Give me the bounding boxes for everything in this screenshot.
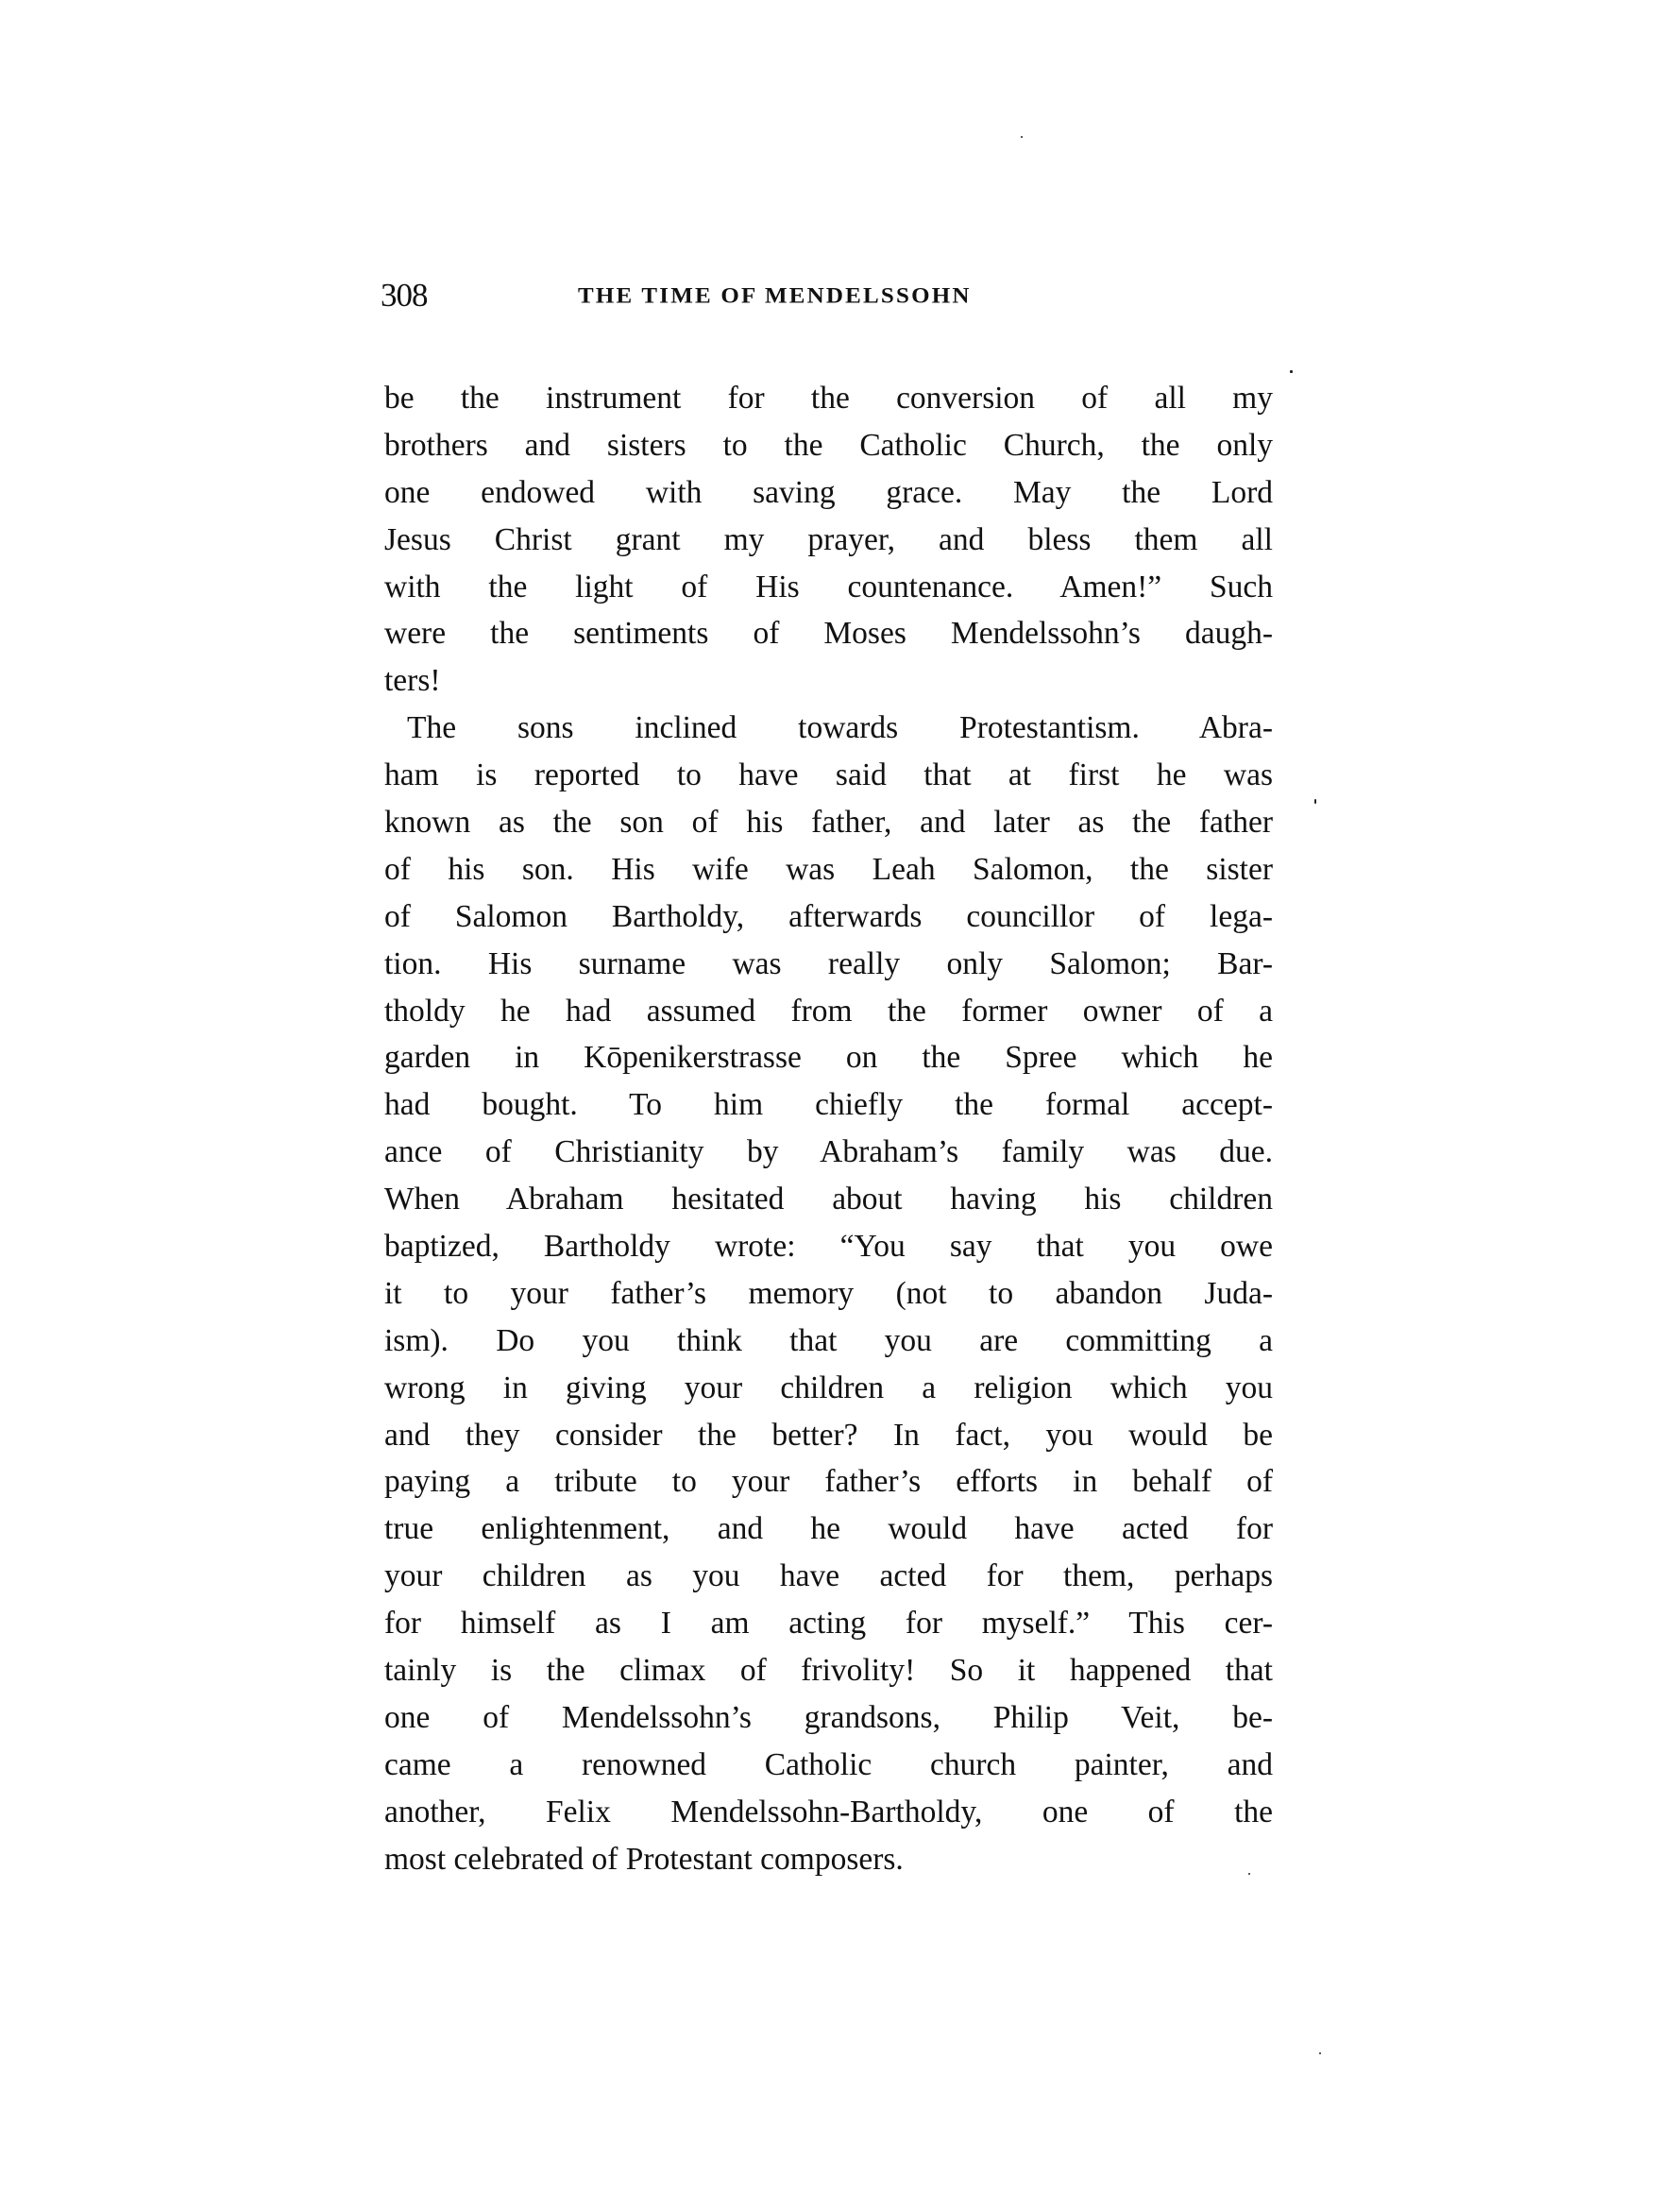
text-line: known as the son of his father, and late…	[384, 799, 1273, 846]
text-line: When Abraham hesitated about having his …	[384, 1176, 1273, 1223]
scan-speck	[1290, 370, 1293, 373]
text-line: tholdy he had assumed from the former ow…	[384, 988, 1273, 1035]
text-line: ham is reported to have said that at fir…	[384, 752, 1273, 799]
text-line: for himself as I am acting for myself.” …	[384, 1600, 1273, 1647]
text-line: paying a tribute to your father’s effort…	[384, 1458, 1273, 1506]
body-text: be the instrument for the conversion of …	[384, 375, 1273, 1883]
text-line: brothers and sisters to the Catholic Chu…	[384, 422, 1273, 469]
text-line: it to your father’s memory (not to aband…	[384, 1270, 1273, 1318]
text-line: The sons inclined towards Protestantism.…	[384, 705, 1273, 752]
text-line: with the light of His countenance. Amen!…	[384, 564, 1273, 611]
running-head: 308 THE TIME OF MENDELSSOHN	[381, 274, 1273, 317]
text-line: one endowed with saving grace. May the L…	[384, 469, 1273, 517]
text-line: Jesus Christ grant my prayer, and bless …	[384, 517, 1273, 564]
scan-speck	[1319, 2052, 1321, 2054]
text-line: tainly is the climax of frivolity! So it…	[384, 1647, 1273, 1694]
text-line: of his son. His wife was Leah Salomon, t…	[384, 846, 1273, 893]
paragraph-1: be the instrument for the conversion of …	[384, 375, 1273, 705]
text-line: garden in Kōpenikerstrasse on the Spree …	[384, 1034, 1273, 1081]
text-line: another, Felix Mendelssohn-Bartholdy, on…	[384, 1789, 1273, 1836]
text-line: most celebrated of Protestant composers.	[384, 1836, 1273, 1883]
running-title: THE TIME OF MENDELSSOHN	[578, 280, 972, 315]
scan-speck	[1314, 799, 1316, 804]
text-line: were the sentiments of Moses Mendelssohn…	[384, 610, 1273, 657]
text-line: and they consider the better? In fact, y…	[384, 1412, 1273, 1459]
text-line: ism). Do you think that you are committi…	[384, 1318, 1273, 1365]
text-line: be the instrument for the conversion of …	[384, 375, 1273, 422]
text-line: wrong in giving your children a religion…	[384, 1365, 1273, 1412]
paragraph-2: The sons inclined towards Protestantism.…	[384, 705, 1273, 1882]
text-line: one of Mendelssohn’s grandsons, Philip V…	[384, 1694, 1273, 1742]
text-line: tion. His surname was really only Salomo…	[384, 941, 1273, 988]
text-line: had bought. To him chiefly the formal ac…	[384, 1081, 1273, 1129]
text-line: your children as you have acted for them…	[384, 1553, 1273, 1600]
scan-speck	[1021, 136, 1023, 138]
text-line: true enlightenment, and he would have ac…	[384, 1506, 1273, 1553]
text-line: ters!	[384, 657, 1273, 705]
scan-speck	[1248, 1873, 1250, 1875]
text-line: baptized, Bartholdy wrote: “You say that…	[384, 1223, 1273, 1270]
text-line: ance of Christianity by Abraham’s family…	[384, 1129, 1273, 1176]
text-line: came a renowned Catholic church painter,…	[384, 1742, 1273, 1789]
text-line: of Salomon Bartholdy, afterwards council…	[384, 893, 1273, 941]
page-number: 308	[381, 274, 428, 317]
book-page: 308 THE TIME OF MENDELSSOHN be the instr…	[0, 0, 1660, 2212]
